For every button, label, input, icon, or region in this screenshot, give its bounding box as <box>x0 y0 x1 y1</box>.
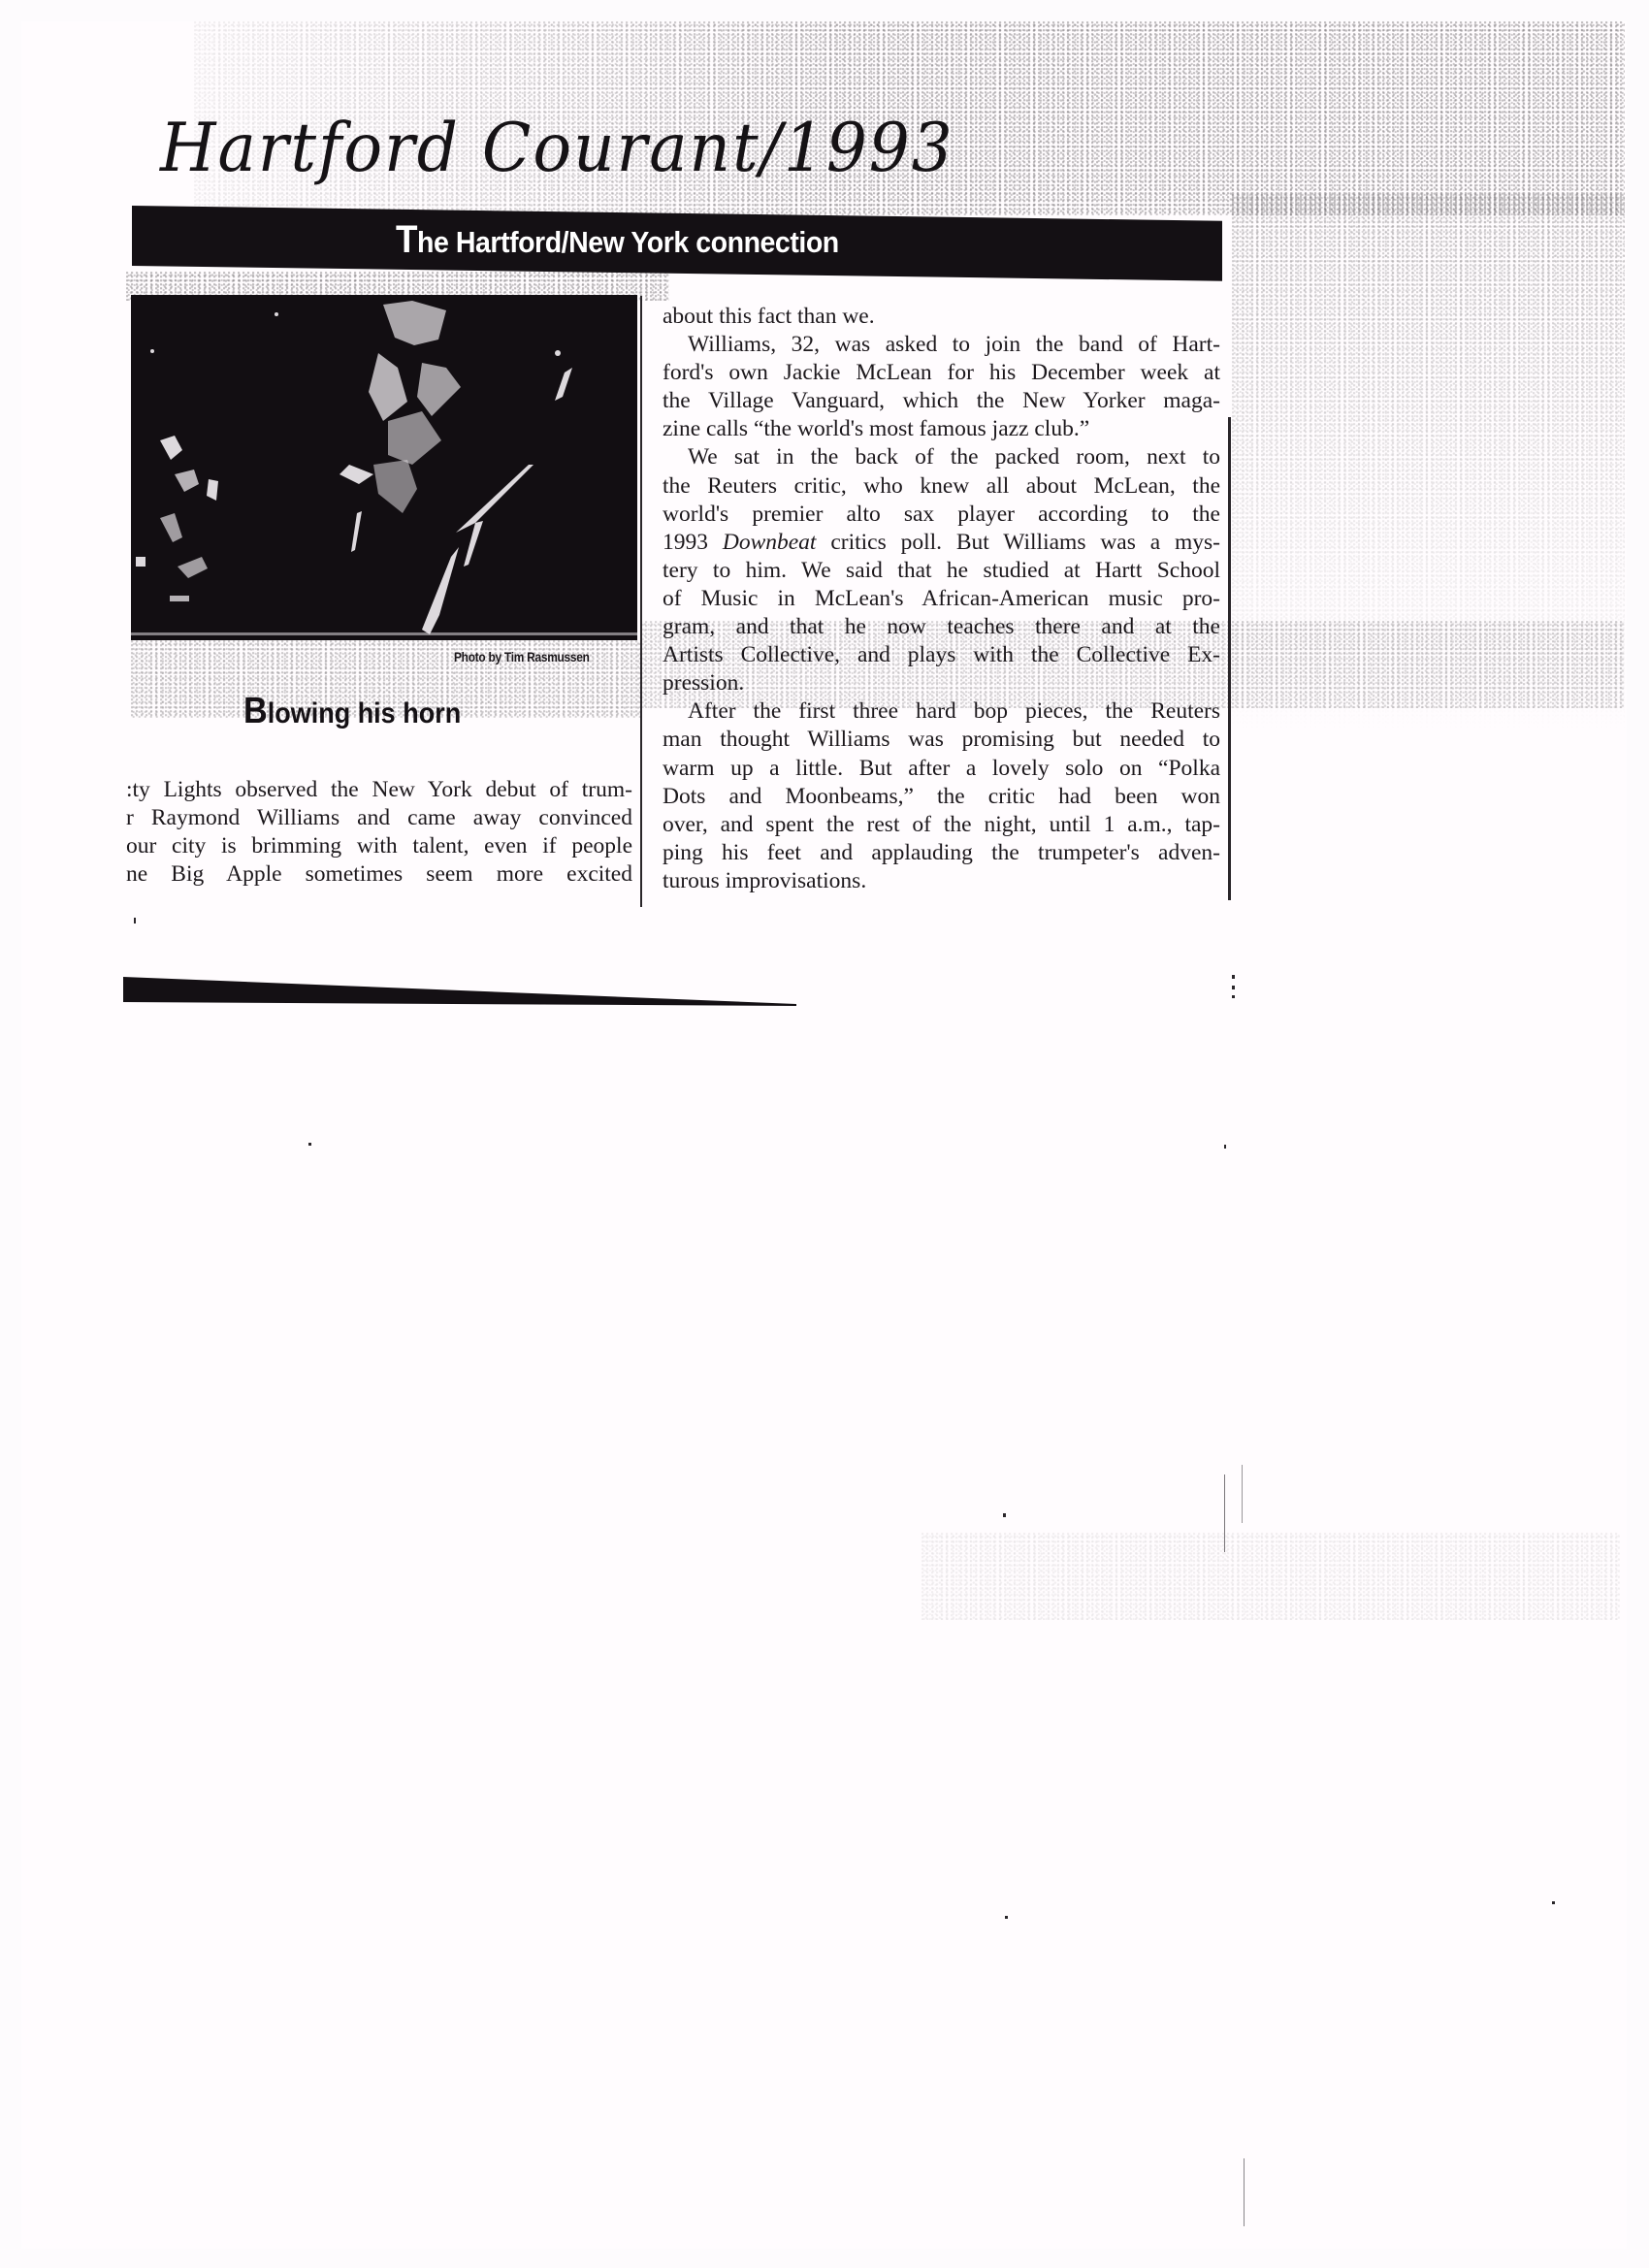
photo-credit: Photo by Tim Rasmussen <box>454 649 590 664</box>
stray-dotted-line <box>1242 1465 1243 1523</box>
right-line-2: Williams, 32, was asked to join the band… <box>663 331 1220 359</box>
right-line-16: man thought Williams was promising but n… <box>663 726 1220 754</box>
caption-rest: lowing his horn <box>268 697 461 729</box>
column-divider <box>640 296 642 907</box>
right-line-19: over, and spent the rest of the night, u… <box>663 811 1220 839</box>
article-photo <box>131 295 637 640</box>
right-line-9-end: critics poll. But Williams was a mys- <box>816 530 1220 555</box>
right-line-7: the Reuters critic, who knew all about M… <box>663 472 1220 501</box>
right-line-10: tery to him. We said that he studied at … <box>663 557 1220 585</box>
right-line-1: about this fact than we. <box>663 303 1220 331</box>
right-line-9: 1993 Downbeat critics poll. But Williams… <box>663 529 1220 557</box>
right-line-14: pression. <box>663 669 1220 697</box>
stray-mark <box>1552 1901 1555 1904</box>
caption-initial: B <box>243 691 268 731</box>
right-line-13: Artists Collective, and plays with the C… <box>663 641 1220 669</box>
photo-caption-headline: Blowing his horn <box>243 691 461 732</box>
stray-mark <box>1232 995 1235 998</box>
right-line-20: ping his feet and applauding the trumpet… <box>663 839 1220 867</box>
left-line-2: r Raymond Williams and came away convinc… <box>126 804 632 832</box>
article-right-column: about this fact than we. Williams, 32, w… <box>663 303 1220 895</box>
left-line-4: ne Big Apple sometimes seem more excited <box>126 860 632 889</box>
stray-mark <box>1232 975 1235 979</box>
right-border-rule <box>1228 417 1231 900</box>
right-line-18: Dots and Moonbeams,” the critic had been… <box>663 783 1220 811</box>
stray-dotted-line <box>1224 1474 1225 1552</box>
right-line-12: gram, and that he now teaches there and … <box>663 613 1220 641</box>
right-line-5: zine calls “the world's most famous jazz… <box>663 415 1220 443</box>
right-line-9-start: 1993 <box>663 530 723 555</box>
article-headline: The Hartford/New York connection <box>396 218 839 262</box>
right-line-15: After the first three hard bop pieces, t… <box>663 697 1220 726</box>
right-line-3: ford's own Jackie McLean for his Decembe… <box>663 359 1220 387</box>
right-line-17: warm up a little. But after a lovely sol… <box>663 755 1220 783</box>
stray-mark <box>1003 1513 1006 1517</box>
article-left-column: :ty Lights observed the New York debut o… <box>126 776 632 889</box>
stray-mark <box>1005 1916 1008 1919</box>
right-line-11: of Music in McLean's African-American mu… <box>663 585 1220 613</box>
handwritten-source-label: Hartford Courant/1993 <box>160 109 954 187</box>
stray-mark <box>1232 986 1235 989</box>
headline-rest: he Hartford/New York connection <box>417 225 839 259</box>
right-line-21: turous improvisations. <box>663 867 1220 895</box>
right-line-8: world's premier alto sax player accordin… <box>663 501 1220 529</box>
right-line-4: the Village Vanguard, which the New York… <box>663 387 1220 415</box>
left-line-3: our city is brimming with talent, even i… <box>126 832 632 860</box>
right-line-6: We sat in the back of the packed room, n… <box>663 443 1220 471</box>
stray-mark <box>308 1143 311 1146</box>
stray-mark <box>134 918 136 923</box>
bottom-wedge-rule <box>123 977 796 1008</box>
headline-initial: T <box>396 218 417 261</box>
stray-dotted-line <box>1244 2158 1245 2226</box>
publication-name-italic: Downbeat <box>723 530 817 555</box>
stray-mark <box>1224 1145 1226 1149</box>
trumpeter-photo-image <box>131 295 637 640</box>
left-line-1: :ty Lights observed the New York debut o… <box>126 776 632 804</box>
